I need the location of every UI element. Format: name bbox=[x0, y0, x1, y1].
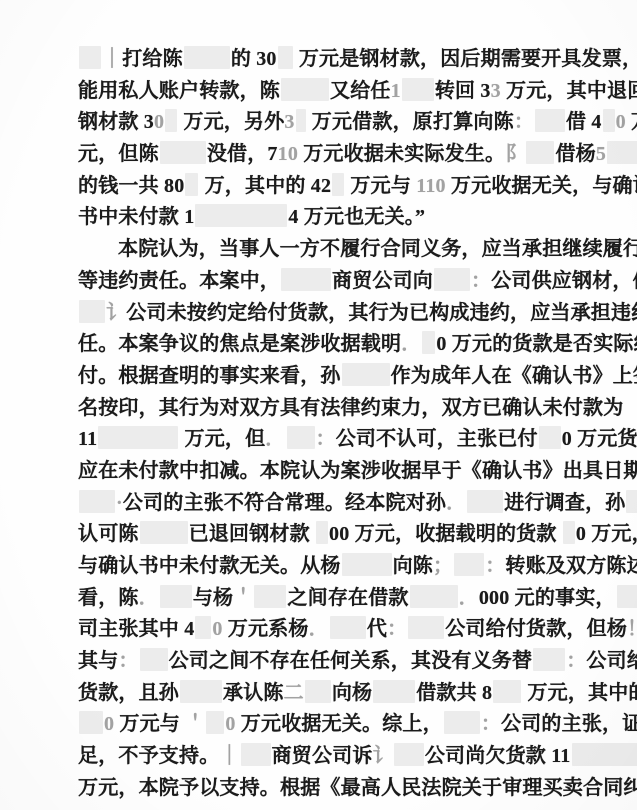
redaction-box bbox=[278, 46, 293, 69]
text-segment: 公司供应钢材，但 bbox=[491, 270, 637, 292]
text-segment: 向杨 bbox=[332, 682, 372, 704]
faint-glyph-fragment: 讠 bbox=[373, 745, 393, 767]
redaction-box bbox=[572, 743, 637, 766]
text-segment: 足，不予支持。 bbox=[78, 745, 219, 767]
text-segment: 万元与 bbox=[114, 713, 185, 735]
redaction-box bbox=[206, 711, 224, 734]
faint-glyph-fragment: ． bbox=[265, 428, 285, 450]
text-line-15: ·公司的主张不符合常理。经本院对孙．进行调查，孙 bbox=[78, 488, 623, 520]
faint-glyph-fragment: 0 bbox=[225, 713, 235, 735]
faint-glyph-fragment: ＇ bbox=[185, 713, 205, 735]
text-line-19: 司主张其中 40 万元系杨．代：公司给付货款，但杨！：称 bbox=[78, 614, 623, 646]
scanned-document-page: ｜打给陈的 30 万元是钢材款，因后期需要开具发票，不能用私人账户转款，陈又给任… bbox=[0, 0, 637, 810]
text-segment: 公司的主张不符合常理。经本院对孙 bbox=[123, 492, 446, 514]
redaction-box bbox=[617, 585, 637, 608]
text-segment: 万元，但 bbox=[179, 428, 265, 450]
text-segment: 又给任 bbox=[330, 80, 391, 102]
faint-glyph-fragment: ｜ bbox=[102, 48, 122, 70]
text-segment: 代 bbox=[367, 618, 387, 640]
faint-glyph-fragment: 110 bbox=[416, 175, 446, 197]
redaction-box bbox=[281, 268, 331, 291]
text-line-3: 钢材款 30 万元，另外3 万元借款，原打算向陈：借 40 万 bbox=[78, 107, 623, 139]
text-line-11: 付。根据查明的事实来看，孙作为成年人在《确认书》上签 bbox=[78, 361, 623, 393]
redaction-box bbox=[180, 680, 222, 703]
faint-glyph-fragment: ： bbox=[481, 713, 501, 735]
text-segment: 看，陈 bbox=[78, 587, 139, 609]
text-segment: 000 元的事实， bbox=[479, 587, 616, 609]
text-line-7: 本院认为，当事人一方不履行合同义务，应当承担继续履行 bbox=[78, 234, 623, 266]
text-segment: 转回 3 bbox=[435, 80, 491, 102]
faint-glyph-fragment: ： bbox=[118, 650, 138, 672]
text-line-2: 能用私人账户转款，陈又给任1转回 33 万元，其中退回 bbox=[78, 76, 623, 108]
redaction-box bbox=[394, 743, 424, 766]
redaction-box bbox=[342, 363, 390, 386]
text-segment: 公司给付 bbox=[586, 650, 637, 672]
text-segment: 作为成年人在《确认书》上签 bbox=[391, 365, 637, 387]
text-segment: 书中未付款 1 bbox=[78, 206, 194, 228]
text-segment: 万，其中的 42 bbox=[199, 175, 331, 197]
redaction-box bbox=[526, 141, 554, 164]
text-line-12: 名按印，其行为对双方具有法律约束力，双方已确认未付款为 bbox=[78, 393, 623, 425]
text-segment: 应在未付款中扣减。本院认为案涉收据早于《确认书》出具日期， bbox=[78, 460, 637, 482]
faint-glyph-fragment: ｜ bbox=[219, 745, 239, 767]
faint-glyph-fragment: 0 bbox=[154, 111, 164, 133]
text-segment: 之间存在借款 bbox=[287, 587, 408, 609]
text-line-10: 任。本案争议的焦点是案涉收据载明．0 万元的货款是否实际给 bbox=[78, 329, 623, 361]
text-segment: 公司的主张，证据不 bbox=[501, 713, 637, 735]
text-segment: 承认陈 bbox=[223, 682, 284, 704]
text-segment: 的 30 bbox=[231, 48, 277, 70]
text-segment: 公司未按约定给付货款，其行为已构成违约，应当承担违约责 bbox=[126, 302, 637, 324]
text-segment: 万元与 bbox=[345, 175, 416, 197]
faint-glyph-fragment: 0 bbox=[104, 713, 114, 735]
text-segment: 0 万元， bbox=[576, 523, 637, 545]
text-segment: 公司不认可，主张已付 bbox=[336, 428, 538, 450]
text-line-4: 元，但陈没借，710 万元收据未实际发生。阝借杨5 bbox=[78, 139, 623, 171]
text-segment: 向陈 bbox=[393, 555, 433, 577]
redaction-box bbox=[305, 680, 331, 703]
redaction-box bbox=[539, 426, 561, 449]
text-segment: 00 万元，收据载明的货款 bbox=[329, 523, 562, 545]
redaction-box bbox=[342, 553, 392, 576]
redaction-box bbox=[332, 173, 344, 196]
text-segment: 万元是钢材款，因后期需要开具发票，不 bbox=[294, 48, 637, 70]
text-segment: 万元系杨 bbox=[223, 618, 309, 640]
faint-glyph-fragment: ＇ bbox=[233, 587, 253, 609]
text-segment: 0 万元货款 bbox=[562, 428, 637, 450]
text-segment: 万元收据未实际发生。 bbox=[298, 143, 505, 165]
redaction-box bbox=[535, 109, 565, 132]
text-segment: 与确认书中未付款无关。从杨 bbox=[78, 555, 341, 577]
faint-glyph-fragment: 3 bbox=[491, 80, 501, 102]
text-line-6: 书中未付款 14 万元也无关。” bbox=[78, 202, 623, 234]
text-line-5: 的钱一共 80 万，其中的 42 万元与 110 万元收据无关，与确认 bbox=[78, 171, 623, 203]
text-segment: 0 万元的货款是否实际给 bbox=[436, 333, 637, 355]
redaction-box bbox=[160, 585, 192, 608]
redaction-box bbox=[79, 46, 101, 69]
redaction-box bbox=[493, 680, 521, 703]
redaction-box bbox=[165, 109, 177, 132]
redaction-box bbox=[330, 616, 366, 639]
text-segment: 公司尚欠货款 11 bbox=[425, 745, 571, 767]
redaction-box bbox=[140, 521, 188, 544]
redaction-box bbox=[603, 109, 615, 132]
faint-glyph-fragment: ！ bbox=[627, 618, 637, 640]
text-segment: 公司之间不存在任何关系，其没有义务替 bbox=[169, 650, 533, 672]
text-segment: 能用私人账户转款，陈 bbox=[78, 80, 280, 102]
redaction-box bbox=[402, 78, 434, 101]
faint-glyph-fragment: 1 bbox=[391, 80, 401, 102]
text-segment: 借 4 bbox=[566, 111, 602, 133]
text-segment: 认可陈 bbox=[78, 523, 139, 545]
redaction-box bbox=[287, 426, 315, 449]
faint-glyph-fragment: ． bbox=[459, 587, 479, 609]
text-segment: 名按印，其行为对双方具有法律约束力，双方已确认未付款为 bbox=[78, 397, 623, 419]
faint-glyph-fragment: ． bbox=[401, 333, 421, 355]
text-segment: 已退回钢材款 bbox=[189, 523, 315, 545]
redaction-box bbox=[316, 521, 328, 544]
redaction-box bbox=[533, 648, 565, 671]
redaction-box bbox=[185, 173, 198, 196]
text-segment: 的钱一共 80 bbox=[78, 175, 184, 197]
faint-glyph-fragment: ． bbox=[446, 492, 466, 514]
redaction-box bbox=[241, 743, 271, 766]
redaction-box bbox=[467, 490, 503, 513]
text-segment: 商贸公司向 bbox=[332, 270, 433, 292]
text-line-14: 应在未付款中扣减。本院认为案涉收据早于《确认书》出具日期， bbox=[78, 456, 623, 488]
redaction-box bbox=[254, 585, 286, 608]
text-segment: 万元借款，原打算向陈 bbox=[307, 111, 514, 133]
redaction-box bbox=[626, 490, 637, 513]
text-segment: 没借，7 bbox=[207, 143, 278, 165]
faint-glyph-fragment: · bbox=[116, 492, 123, 514]
text-segment: 与杨 bbox=[193, 587, 233, 609]
text-segment: 货款，且孙 bbox=[78, 682, 179, 704]
text-segment: 万元收据无关。综上， bbox=[236, 713, 443, 735]
faint-glyph-fragment: ； bbox=[433, 555, 453, 577]
faint-glyph-fragment: 0 bbox=[616, 111, 626, 133]
faint-glyph-fragment: 10 bbox=[278, 143, 298, 165]
redaction-box bbox=[160, 141, 206, 164]
text-segment: 进行调查，孙 bbox=[504, 492, 625, 514]
redaction-box bbox=[98, 426, 178, 449]
redaction-box bbox=[563, 521, 575, 544]
text-line-16: 认可陈已退回钢材款 00 万元，收据载明的货款 0 万元， bbox=[78, 519, 623, 551]
text-segment: 钢材款 3 bbox=[78, 111, 154, 133]
text-line-24: 万元，本院予以支持。根据《最高人民法院关于审理买卖合同纠 bbox=[78, 773, 623, 805]
text-segment: 打给陈 bbox=[122, 48, 183, 70]
redaction-box bbox=[607, 141, 637, 164]
text-segment: 公司给付货款，但杨 bbox=[445, 618, 627, 640]
faint-glyph-fragment: ： bbox=[471, 270, 491, 292]
text-segment: 元，但陈 bbox=[78, 143, 159, 165]
text-segment: 万元，其中退回 bbox=[501, 80, 637, 102]
redaction-box bbox=[410, 585, 458, 608]
text-segment: 任。本案争议的焦点是案涉收据载明 bbox=[78, 333, 401, 355]
text-segment: 万 bbox=[626, 111, 637, 133]
text-line-20: 其与：公司之间不存在任何关系，其没有义务替：公司给付 bbox=[78, 646, 623, 678]
faint-glyph-fragment: 讠 bbox=[106, 302, 126, 324]
text-segment: 等违约责任。本案中， bbox=[78, 270, 280, 292]
text-segment: 4 万元也无关。” bbox=[288, 206, 425, 228]
faint-glyph-fragment: ： bbox=[566, 650, 586, 672]
text-segment: 转账及双方陈述来 bbox=[505, 555, 637, 577]
redaction-box bbox=[296, 109, 306, 132]
redaction-box bbox=[454, 553, 484, 576]
text-line-23: 足，不予支持。｜商贸公司诉讠公司尚欠货款 114 bbox=[78, 741, 623, 773]
redaction-box bbox=[373, 680, 415, 703]
text-segment: 借款共 8 bbox=[416, 682, 492, 704]
redaction-box bbox=[184, 46, 230, 69]
text-segment: 本院认为，当事人一方不履行合同义务，应当承担继续履行 bbox=[118, 238, 637, 260]
faint-glyph-fragment: ： bbox=[514, 111, 534, 133]
faint-glyph-fragment: ： bbox=[387, 618, 407, 640]
redaction-box bbox=[79, 711, 103, 734]
redaction-box bbox=[444, 711, 480, 734]
faint-glyph-fragment: 3 bbox=[284, 111, 294, 133]
text-segment: 司主张其中 4 bbox=[78, 618, 194, 640]
text-block: ｜打给陈的 30 万元是钢材款，因后期需要开具发票，不能用私人账户转款，陈又给任… bbox=[78, 44, 623, 805]
text-segment: 付。根据查明的事实来看，孙 bbox=[78, 365, 341, 387]
redaction-box bbox=[422, 331, 435, 354]
text-segment: 商贸公司诉 bbox=[272, 745, 373, 767]
faint-glyph-fragment: 0 bbox=[212, 618, 222, 640]
faint-glyph-fragment: ． bbox=[309, 618, 329, 640]
text-line-22: 0 万元与 ＇0 万元收据无关。综上，：公司的主张，证据不 bbox=[78, 709, 623, 741]
text-segment: 万元，其中的 bbox=[522, 682, 637, 704]
text-line-18: 看，陈．与杨＇之间存在借款．000 元的事实，公 bbox=[78, 583, 623, 615]
redaction-box bbox=[79, 300, 105, 323]
text-segment: 借杨 bbox=[555, 143, 595, 165]
faint-glyph-fragment: ． bbox=[139, 587, 159, 609]
redaction-box bbox=[434, 268, 470, 291]
redaction-box bbox=[408, 616, 444, 639]
text-line-21: 货款，且孙承认陈二向杨借款共 8 万元，其中的 bbox=[78, 678, 623, 710]
text-segment: 万元，本院予以支持。根据《最高人民法院关于审理买卖合同纠 bbox=[78, 777, 637, 799]
faint-glyph-fragment: ： bbox=[316, 428, 336, 450]
text-segment: 万元，另外 bbox=[178, 111, 284, 133]
faint-glyph-fragment: 阝 bbox=[505, 143, 525, 165]
text-line-9: 讠公司未按约定给付货款，其行为已构成违约，应当承担违约责 bbox=[78, 298, 623, 330]
redaction-box bbox=[140, 648, 168, 671]
text-line-8: 等违约责任。本案中，商贸公司向：公司供应钢材，但 bbox=[78, 266, 623, 298]
redaction-box bbox=[281, 78, 329, 101]
faint-glyph-fragment: ： bbox=[485, 555, 505, 577]
redaction-box bbox=[195, 616, 211, 639]
text-line-17: 与确认书中未付款无关。从杨向陈；：转账及双方陈述来 bbox=[78, 551, 623, 583]
text-segment: 万元收据无关，与确认 bbox=[446, 175, 637, 197]
text-line-13: 11 万元，但．：公司不认可，主张已付0 万元货款 bbox=[78, 424, 623, 456]
text-segment: 其与 bbox=[78, 650, 118, 672]
faint-glyph-fragment: 5 bbox=[596, 143, 606, 165]
faint-glyph-fragment: 二 bbox=[284, 682, 304, 704]
text-line-1: ｜打给陈的 30 万元是钢材款，因后期需要开具发票，不 bbox=[78, 44, 623, 76]
redaction-box bbox=[195, 204, 287, 227]
text-segment: 11 bbox=[78, 428, 97, 450]
redaction-box bbox=[79, 490, 115, 513]
